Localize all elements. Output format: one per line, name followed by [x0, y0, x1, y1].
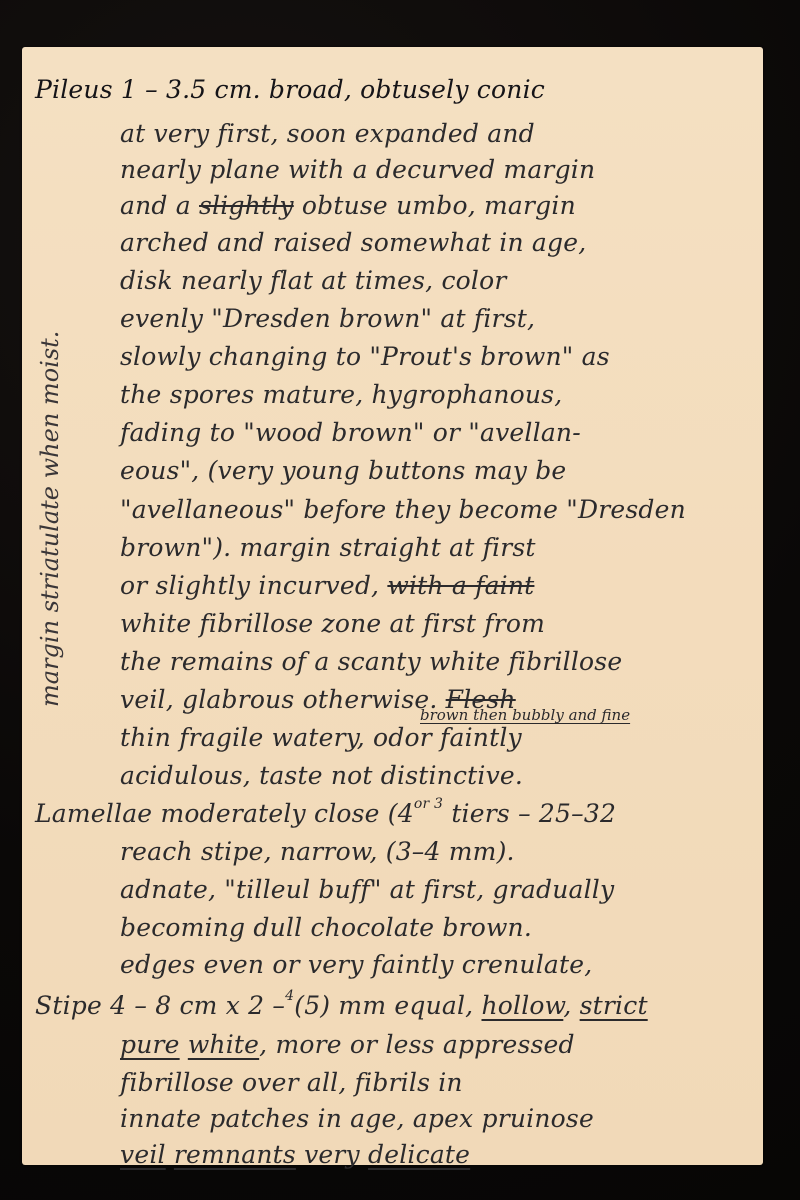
superscript-alt: 4 [285, 988, 294, 1004]
pileus-line-11: eous", (very young buttons may be [120, 456, 566, 486]
pileus-text: 1 – 3.5 cm. broad, obtusely conic [121, 75, 545, 104]
pileus-text: obtuse umbo, margin [302, 191, 576, 220]
struck-word: slightly [199, 191, 294, 220]
underlined-word: strict [580, 991, 648, 1020]
stipe-line-5: veil remnants very delicate [120, 1140, 470, 1170]
pileus-text: veil, glabrous otherwise. [120, 685, 438, 714]
stipe-text: , more or less appressed [259, 1030, 575, 1059]
pileus-line-14: or slightly incurved, with a faint [120, 571, 534, 601]
stipe-text: very [304, 1140, 360, 1169]
pileus-line-4: and a slightly obtuse umbo, margin [120, 191, 576, 221]
pileus-text: odor faintly [373, 723, 522, 752]
lamellae-tier-count: 4 [398, 799, 414, 828]
section-label-lamellae: Lamellae [35, 799, 152, 828]
pileus-line-13: brown"). margin straight at first [120, 533, 536, 563]
lamellae-line-5: edges even or very faintly crenulate, [120, 950, 592, 980]
underlined-word: white [188, 1030, 259, 1059]
pileus-line-15: white fibrillose zone at first from [120, 609, 545, 639]
pileus-text: or slightly incurved, [120, 571, 379, 600]
interlinear-insertion: brown then bubbly and fine [420, 706, 630, 724]
pileus-line-10: fading to "wood brown" or "avellan- [120, 418, 581, 448]
underlined-word: veil [120, 1140, 166, 1169]
pileus-line-2: at very first, soon expanded and [120, 119, 535, 149]
comma: , [563, 991, 571, 1020]
underlined-word: pure [120, 1030, 180, 1059]
pileus-line-3: nearly plane with a decurved margin [120, 155, 595, 185]
section-label-stipe: Stipe [35, 991, 102, 1020]
pileus-text: thin fragile watery, [120, 723, 365, 752]
pileus-text: and a [120, 191, 191, 220]
struck-phrase: with a faint [387, 571, 534, 600]
pileus-line-9: the spores mature, hygrophanous, [120, 380, 562, 410]
pileus-line-19: acidulous, taste not distinctive. [120, 761, 523, 791]
stipe-text: (5) mm equal, [294, 991, 473, 1020]
lamellae-line-3: adnate, "tilleul buff" at first, gradual… [120, 875, 614, 905]
pileus-line-12: "avellaneous" before they become "Dresde… [120, 495, 686, 525]
lamellae-line-2: reach stipe, narrow, (3–4 mm). [120, 837, 515, 867]
underlined-word: delicate [368, 1140, 470, 1169]
index-card: margin striatulate when moist. Pileus 1 … [22, 47, 763, 1165]
pileus-line-5: arched and raised somewhat in age, [120, 228, 586, 258]
underlined-word: hollow [481, 991, 563, 1020]
superscript-alt: or 3 [414, 796, 443, 812]
section-label-pileus: Pileus [35, 75, 113, 104]
lamellae-line-1: Lamellae moderately close (4or 3 tiers –… [35, 799, 616, 833]
margin-annotation: margin striatulate when moist. [30, 117, 70, 707]
underlined-word: remnants [174, 1140, 296, 1169]
lamellae-text: tiers – 25–32 [451, 799, 616, 828]
pileus-line-1: Pileus 1 – 3.5 cm. broad, obtusely conic [35, 75, 545, 105]
stipe-line-1: Stipe 4 – 8 cm x 2 –4(5) mm equal, hollo… [35, 991, 648, 1025]
lamellae-text: moderately close ( [160, 799, 397, 828]
pileus-line-6: disk nearly flat at times, color [120, 266, 507, 296]
stipe-line-3: fibrillose over all, fibrils in [120, 1068, 463, 1098]
stipe-text: 4 – 8 cm x 2 – [110, 991, 285, 1020]
lamellae-line-4: becoming dull chocolate brown. [120, 913, 532, 943]
pileus-line-18: thin fragile watery, odor faintly [120, 723, 522, 753]
pileus-line-7: evenly "Dresden brown" at first, [120, 304, 535, 334]
stipe-line-4: innate patches in age, apex pruinose [120, 1104, 594, 1134]
pileus-line-16: the remains of a scanty white fibrillose [120, 647, 622, 677]
pileus-line-8: slowly changing to "Prout's brown" as [120, 342, 610, 372]
stipe-line-2: pure white, more or less appressed [120, 1030, 575, 1060]
